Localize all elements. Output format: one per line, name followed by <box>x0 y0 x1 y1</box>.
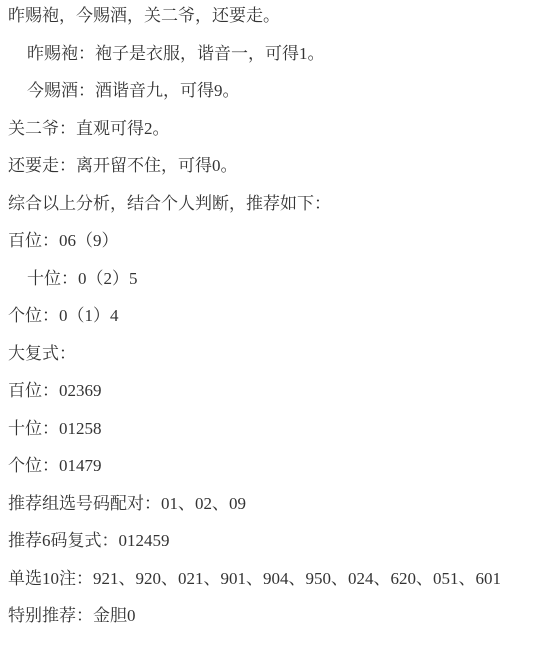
text-line: 还要走：离开留不住，可得0。 <box>8 156 546 176</box>
text-line: 推荐6码复式：012459 <box>8 531 546 551</box>
text-line: 大复式： <box>8 344 546 364</box>
text-line: 关二爷：直观可得2。 <box>8 119 546 139</box>
text-line: 今赐酒：酒谐音九，可得9。 <box>8 81 546 101</box>
text-line: 昨赐袍：袍子是衣服，谐音一，可得1。 <box>8 44 546 64</box>
text-line: 特别推荐：金胆0 <box>8 606 546 626</box>
text-line: 个位：0（1）4 <box>8 306 546 326</box>
text-line: 个位：01479 <box>8 456 546 476</box>
text-line: 综合以上分析，结合个人判断，推荐如下： <box>8 194 546 214</box>
document-body: 昨赐袍，今赐酒，关二爷，还要走。昨赐袍：袍子是衣服，谐音一，可得1。今赐酒：酒谐… <box>0 0 554 626</box>
text-line: 百位：06（9） <box>8 231 546 251</box>
text-line: 推荐组选号码配对：01、02、09 <box>8 494 546 514</box>
text-line: 昨赐袍，今赐酒，关二爷，还要走。 <box>8 6 546 26</box>
text-line: 十位：01258 <box>8 419 546 439</box>
text-line: 百位：02369 <box>8 381 546 401</box>
text-line: 单选10注：921、920、021、901、904、950、024、620、05… <box>8 569 546 589</box>
text-line: 十位：0（2）5 <box>8 269 546 289</box>
